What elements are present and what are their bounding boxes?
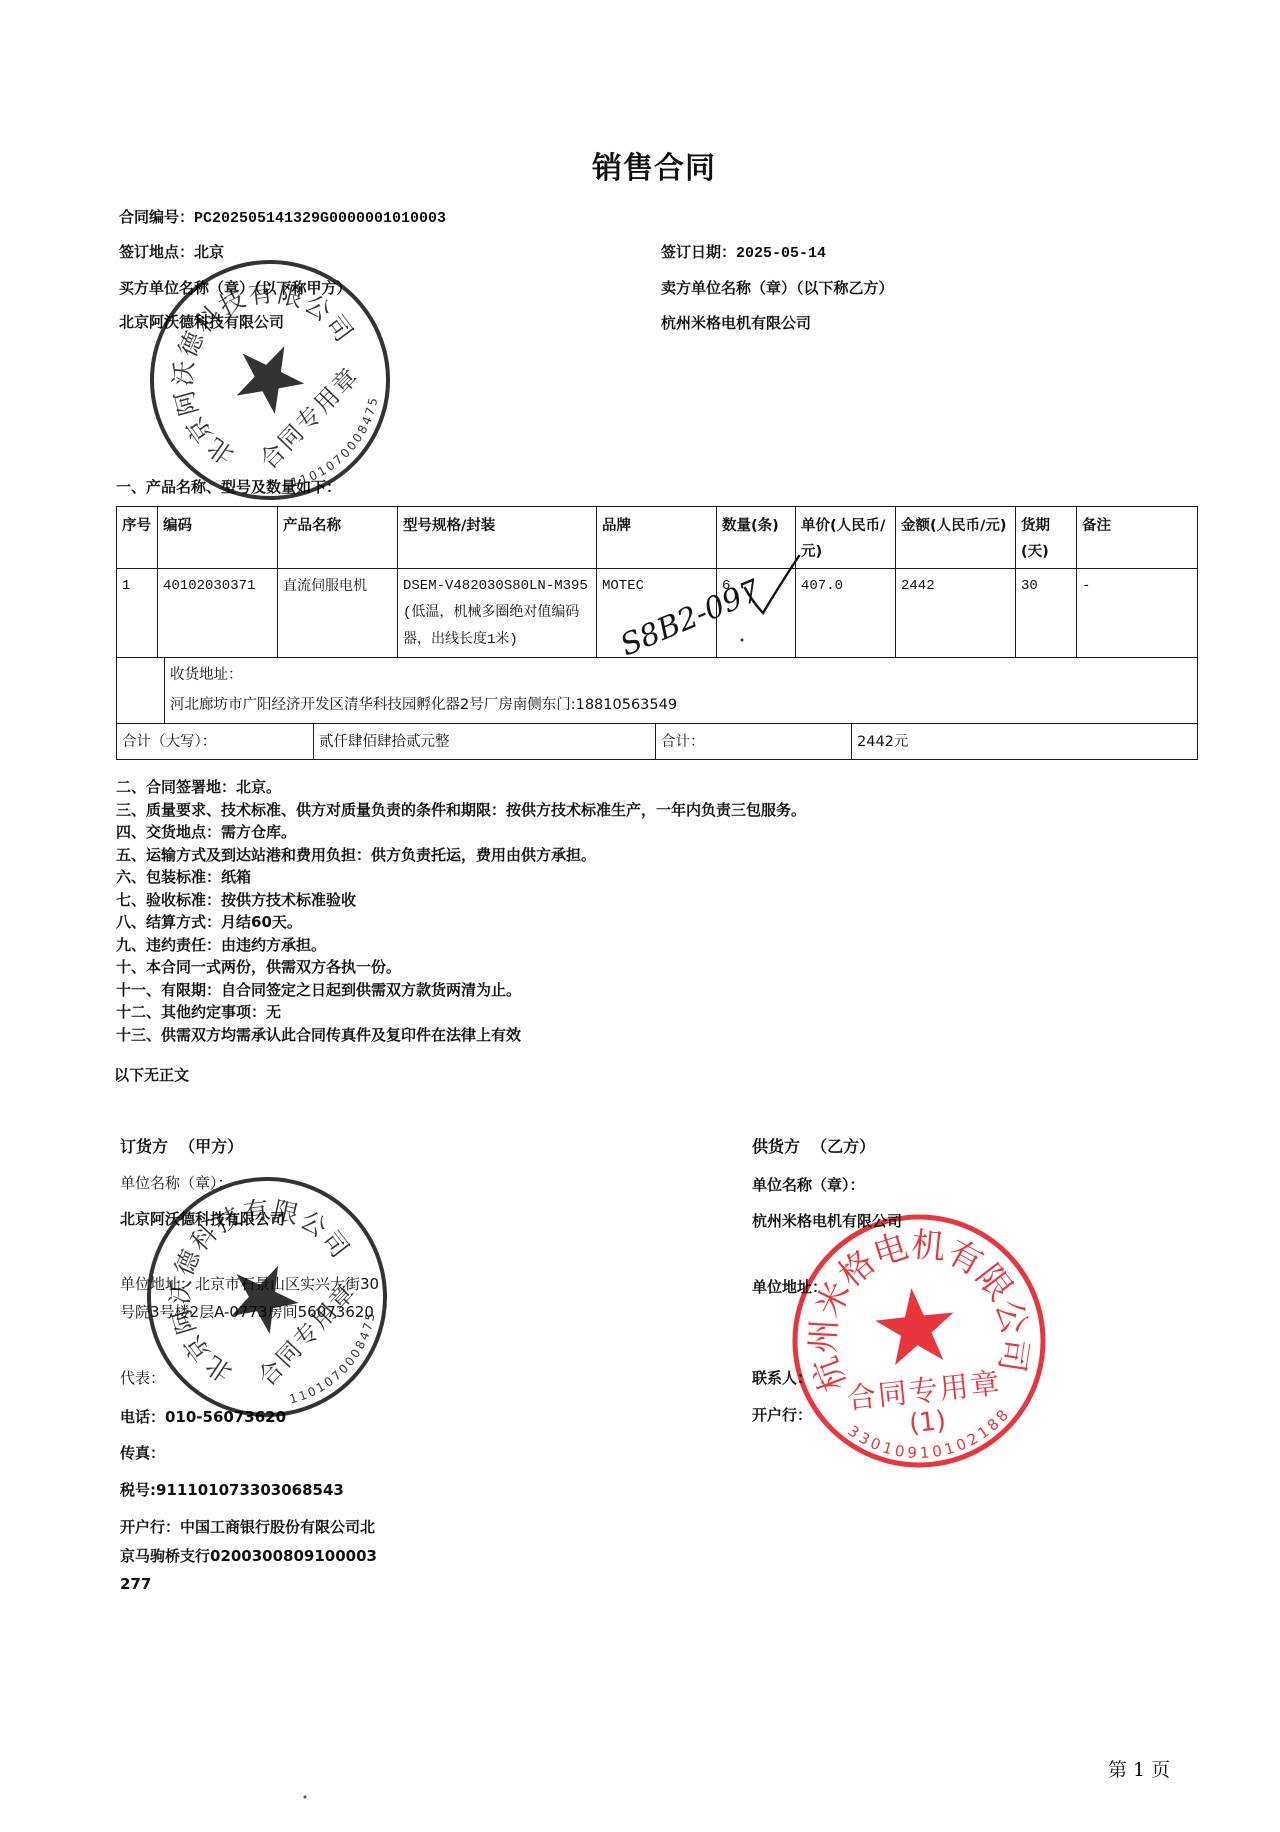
sign-date-row: 签订日期：2025-05-14 [661,242,826,264]
cell-lead-time: 30 [1016,569,1077,658]
cell-amount: 2442 [896,569,1016,658]
sign-place-row: 签订地点：北京 [119,242,224,262]
table-row: 1 40102030371 直流伺服电机 DSEM-V482030S80LN-M… [117,569,1198,658]
buyer-address: 单位地址：北京市石景山区实兴大街30号院3号楼2层A-0773房间5607362… [120,1271,382,1326]
contract-number-label: 合同编号： [119,208,194,226]
cell-brand: MOTEC [597,569,717,658]
seller-block-heading: 供货方 （乙方） [752,1133,875,1161]
cell-unit-price: 407.0 [796,569,896,658]
stamp-type-text: 合同专用章 [845,1366,1003,1416]
stamp-index-text: (1) [908,1406,948,1440]
buyer-tax-id: 税号:911101073303068543 [120,1476,344,1504]
clause-item: 十、本合同一式两份，供需双方各执一份。 [116,956,806,979]
clause-item: 九、违约责任：由违约方承担。 [116,934,806,957]
clause-item: 十三、供需双方均需承认此合同传真件及复印件在法律上有效 [116,1024,806,1047]
document-title: 销售合同 [592,143,716,187]
ink-dot [304,1796,307,1799]
cell-remarks: - [1077,569,1198,658]
clause-item: 十二、其他约定事项：无 [116,1001,806,1024]
total-amount: 2442元 [852,723,1198,759]
seller-name-label: 单位名称（章）： [752,1171,865,1199]
stamp-company-text: 杭州米格电机有限公司 [791,1213,1039,1398]
col-header-spec: 型号规格/封装 [398,507,597,569]
total-uppercase-label: 合计（大写）： [117,723,314,759]
col-header-seq: 序号 [117,507,158,569]
product-table: 序号 编码 产品名称 型号规格/封装 品牌 数量(条) 单价(人民币/元) 金额… [116,506,1198,658]
products-heading: 一、产品名称、型号及数量如下： [116,477,341,497]
buyer-label: 买方单位名称（章）（以下称甲方） [119,278,352,298]
total-label: 合计： [656,723,852,759]
col-header-quantity: 数量(条) [717,507,796,569]
seller-stamp: 杭州米格电机有限公司 合同专用章 (1) 33010910102188 [789,1211,1049,1471]
col-header-remarks: 备注 [1077,507,1198,569]
clause-item: 四、交货地点：需方仓库。 [116,821,806,844]
col-header-code: 编码 [158,507,278,569]
stamp-ring [783,1205,1056,1478]
buyer-bank: 开户行：中国工商银行股份有限公司北京马驹桥支行02003008091000032… [120,1513,378,1599]
col-header-unit-price: 单价(人民币/元) [796,507,896,569]
stamp-code-text: 33010910102188 [843,1405,1016,1470]
seller-contact-label: 联系人： [752,1364,812,1392]
buyer-block-name: 北京阿沃德科技有限公司 [120,1205,285,1233]
buyer-representative: 代表： [120,1364,165,1392]
delivery-address-row: 收货地址： 河北廊坊市广阳经济开发区清华科技园孵化器2号厂房南侧东门:18810… [116,657,1198,724]
cell-code: 40102030371 [158,569,278,658]
sign-place-label: 签订地点： [119,243,194,261]
address-label: 收货地址： [170,660,1193,690]
totals-row: 合计（大写）： 贰仟肆佰肆拾贰元整 合计： 2442元 [116,723,1198,760]
seller-name: 杭州米格电机有限公司 [661,313,811,333]
table-header-row: 序号 编码 产品名称 型号规格/封装 品牌 数量(条) 单价(人民币/元) 金额… [117,507,1198,569]
end-note: 以下无正文 [114,1065,189,1085]
sign-date-label: 签订日期： [661,243,736,261]
sign-place: 北京 [194,243,224,261]
clause-item: 六、包装标准：纸箱 [116,866,806,889]
buyer-phone: 电话：010-56073620 [120,1403,286,1431]
seller-bank-label: 开户行： [752,1401,812,1429]
contract-number-row: 合同编号：PC202505141329G0000001010003 [119,207,446,229]
buyer-block-heading: 订货方 （甲方） [120,1133,243,1161]
cell-quantity: 6 [717,569,796,658]
address-spacer-cell [117,657,165,723]
clause-item: 十一、有限期：自合同签定之日起到供需双方款货两清为止。 [116,979,806,1002]
address-cell: 收货地址： 河北廊坊市广阳经济开发区清华科技园孵化器2号厂房南侧东门:18810… [165,657,1198,723]
buyer-name-label: 单位名称（章）： [120,1169,233,1197]
col-header-lead-time: 货期(天) [1016,507,1077,569]
delivery-address: 河北廊坊市广阳经济开发区清华科技园孵化器2号厂房南侧东门:18810563549 [170,690,1193,720]
star-icon [872,1284,958,1367]
cell-spec: DSEM-V482030S80LN-M395(低温，机械多圈绝对值编码器，出线长… [398,569,597,658]
page-number: 第 1 页 [1108,1755,1170,1782]
clause-item: 七、验收标准：按供方技术标准验收 [116,889,806,912]
stamp-company-text: 北京阿沃德科技有限公司 [127,237,362,474]
contract-clauses: 二、合同签署地：北京。 三、质量要求、技术标准、供方对质量负责的条件和期限：按供… [116,776,806,1046]
col-header-product-name: 产品名称 [278,507,398,569]
buyer-fax: 传真： [120,1439,165,1467]
clause-item: 二、合同签署地：北京。 [116,776,806,799]
clause-item: 三、质量要求、技术标准、供方对质量负责的条件和期限：按供方技术标准生产，一年内负… [116,799,806,822]
clause-item: 五、运输方式及到达站港和费用负担：供方负责托运，费用由供方承担。 [116,844,806,867]
stamp-type-text: 合同专用章 [254,362,364,475]
total-uppercase: 贰仟肆佰肆拾贰元整 [314,723,656,759]
seller-address-label: 单位地址： [752,1273,827,1301]
buyer-name: 北京阿沃德科技有限公司 [119,312,284,332]
col-header-brand: 品牌 [597,507,717,569]
contract-number: PC202505141329G0000001010003 [194,210,446,227]
cell-product-name: 直流伺服电机 [278,569,398,658]
star-icon [219,329,313,423]
clause-item: 八、结算方式：月结60天。 [116,911,806,934]
seller-label: 卖方单位名称（章）（以下称乙方） [661,278,894,298]
col-header-amount: 金额(人民币/元) [896,507,1016,569]
seller-block-name: 杭州米格电机有限公司 [752,1207,902,1235]
cell-seq: 1 [117,569,158,658]
contract-page: 销售合同 合同编号：PC202505141329G0000001010003 签… [0,0,1280,1832]
sign-date: 2025-05-14 [736,245,826,262]
